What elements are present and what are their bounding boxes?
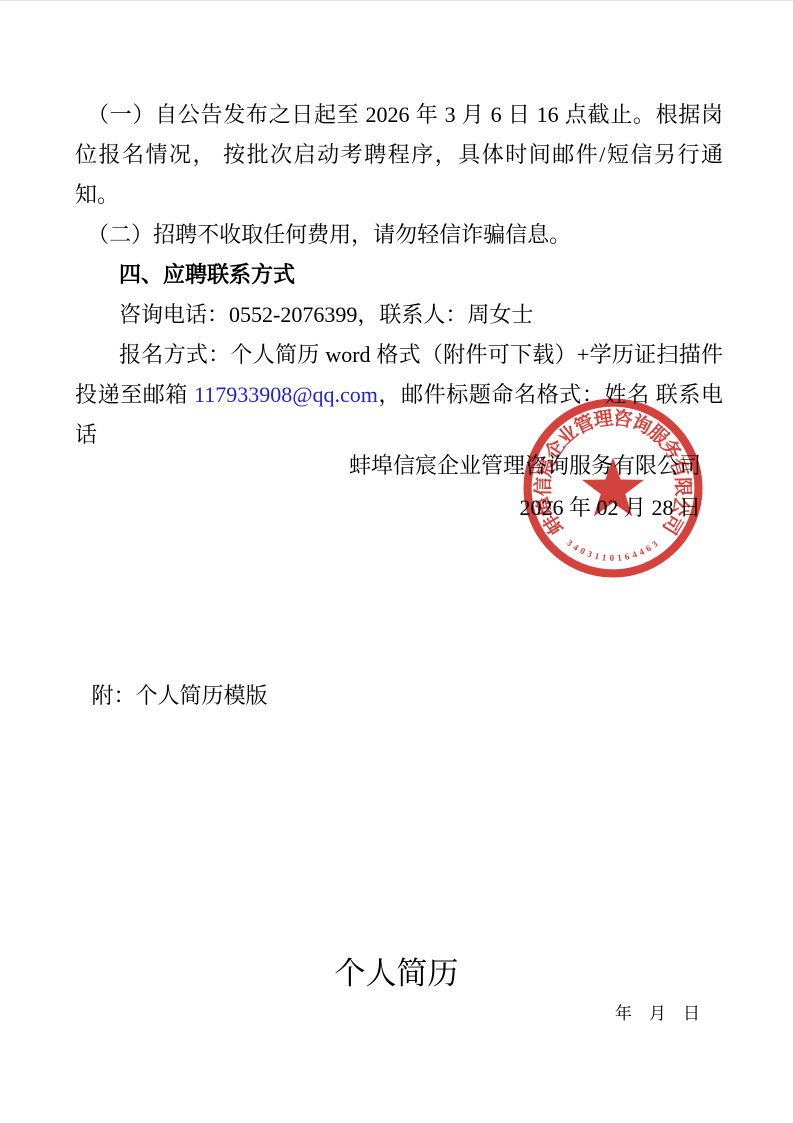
resume-date-line: 年 月 日 [75,1001,700,1027]
attachment-note: 附：个人简历模版 [75,676,723,716]
paragraph-no-fee: （二）招聘不收取任何费用，请勿轻信诈骗信息。 [75,215,723,255]
seal-serial-number: 3403110164463 [565,538,660,563]
paragraph-phone-contact: 咨询电话：0552-2076399，联系人：周女士 [75,295,723,335]
paragraph-deadline: （一）自公告发布之日起至 2026 年 3 月 6 日 16 点截止。根据岗位报… [75,95,723,215]
seal-star-icon [582,457,644,516]
document-page: （一）自公告发布之日起至 2026 年 3 月 6 日 16 点截止。根据岗位报… [0,0,793,1123]
resume-title: 个人简历 [0,951,793,997]
section-heading-contact: 四、应聘联系方式 [75,255,723,295]
email-link[interactable]: 117933908@qq.com [194,382,378,407]
company-seal: 蚌埠信宸企业管理咨询服务有限公司 3403110164463 [517,392,709,584]
